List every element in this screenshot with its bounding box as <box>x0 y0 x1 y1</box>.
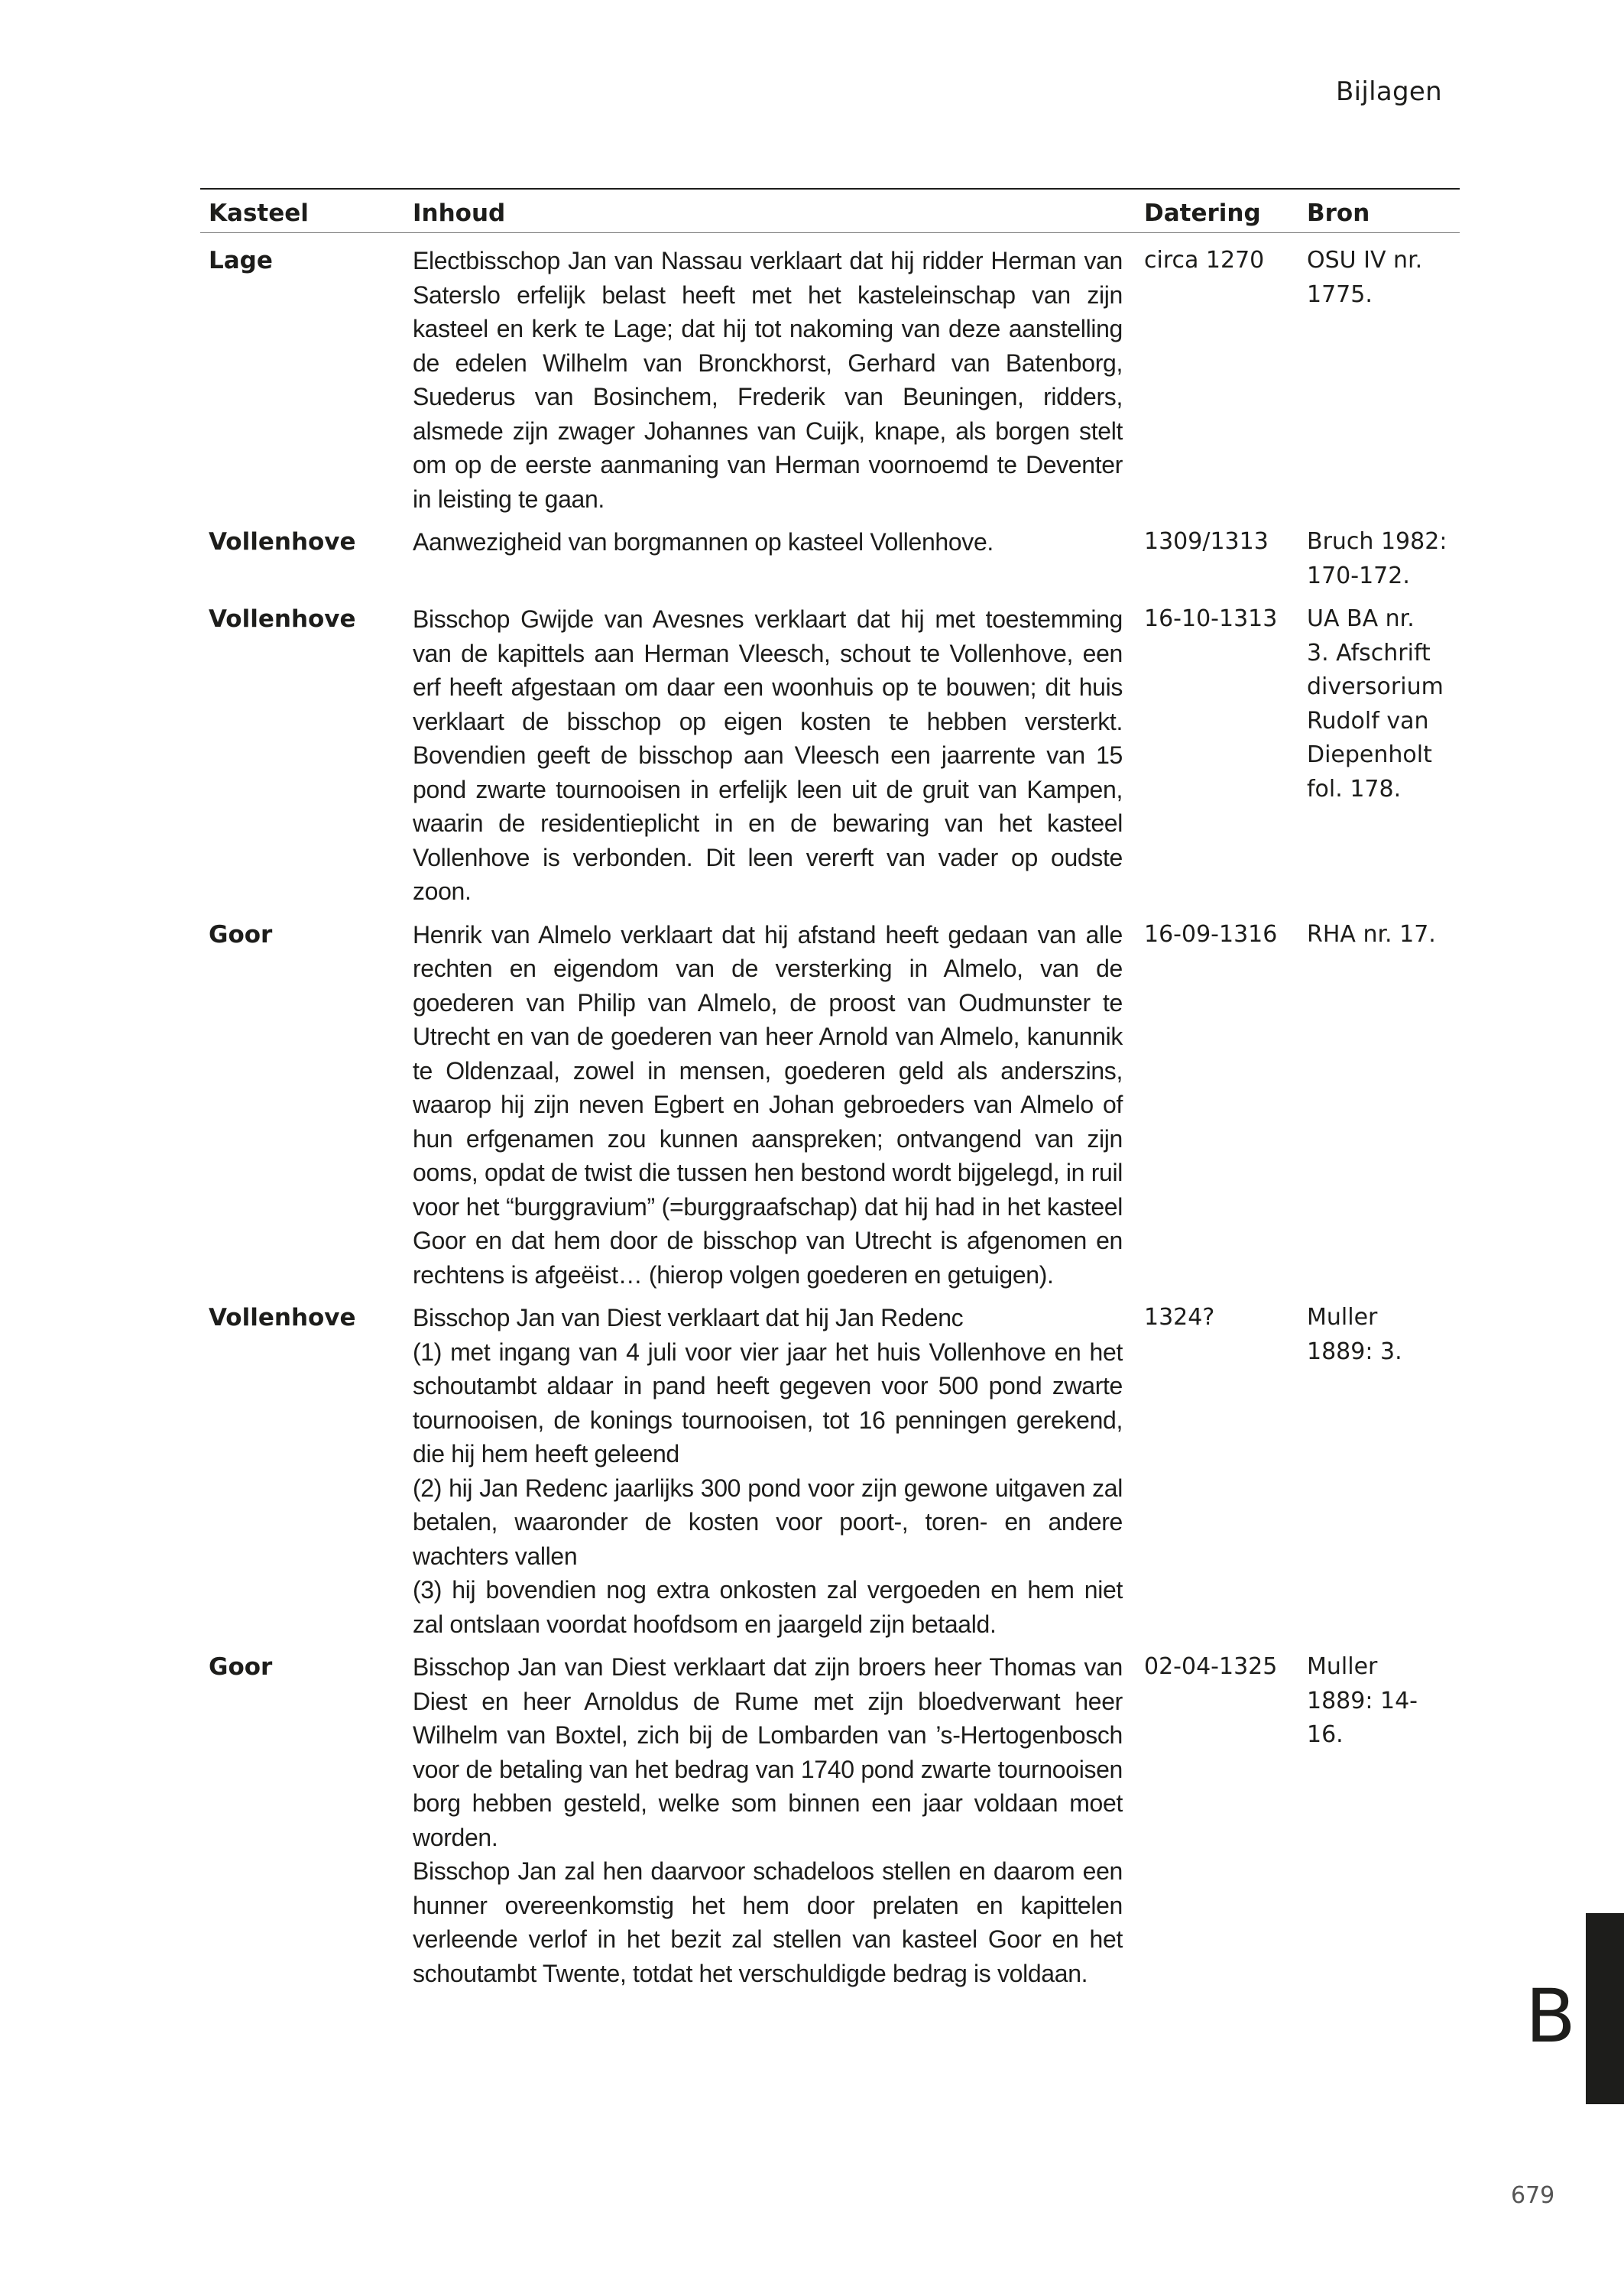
bron-line: 16. <box>1307 1718 1460 1753</box>
bron-line: Muller <box>1307 1301 1460 1335</box>
bron-line: 1775. <box>1307 278 1460 313</box>
inhoud-paragraph: (1) met ingang van 4 juli voor vier jaar… <box>413 1335 1123 1471</box>
cell-datering: 16-10-1313 <box>1144 602 1307 918</box>
table-row: GoorBisschop Jan van Diest verklaart dat… <box>200 1650 1460 1999</box>
bron-line: 3. Afschrift <box>1307 637 1460 671</box>
bron-line: Muller <box>1307 1650 1460 1685</box>
inhoud-paragraph: (3) hij bovendien nog extra onkosten zal… <box>413 1573 1123 1641</box>
cell-datering: circa 1270 <box>1144 233 1307 526</box>
cell-inhoud: Aanwezigheid van borgmannen op kasteel V… <box>413 525 1144 602</box>
cell-kasteel: Goor <box>200 918 413 1302</box>
cell-datering: 1324? <box>1144 1301 1307 1650</box>
chapter-tab-marker <box>1586 1913 1624 2104</box>
inhoud-paragraph: Electbisschop Jan van Nassau verklaart d… <box>413 244 1123 516</box>
table-row: LageElectbisschop Jan van Nassau verklaa… <box>200 233 1460 526</box>
bron-line: 1889: 3. <box>1307 1335 1460 1370</box>
bron-line: Bruch 1982: <box>1307 525 1460 559</box>
cell-datering: 16-09-1316 <box>1144 918 1307 1302</box>
inhoud-paragraph: Bisschop Jan van Diest verklaart dat zij… <box>413 1650 1123 1854</box>
cell-bron: Muller1889: 3. <box>1307 1301 1460 1650</box>
bron-line: Diepenholt <box>1307 738 1460 773</box>
charter-table: Kasteel Inhoud Datering Bron LageElectbi… <box>200 188 1460 1999</box>
cell-inhoud: Henrik van Almelo verklaart dat hij afst… <box>413 918 1144 1302</box>
cell-bron: RHA nr. 17. <box>1307 918 1460 1302</box>
bron-line: 1889: 14- <box>1307 1685 1460 1719</box>
table-row: VollenhoveAanwezigheid van borgmannen op… <box>200 525 1460 602</box>
inhoud-paragraph: Henrik van Almelo verklaart dat hij afst… <box>413 918 1123 1292</box>
bron-line: Rudolf van <box>1307 705 1460 739</box>
column-header-inhoud: Inhoud <box>413 189 1144 233</box>
cell-inhoud: Bisschop Jan van Diest verklaart dat zij… <box>413 1650 1144 1999</box>
inhoud-paragraph: Bisschop Jan van Diest verklaart dat hij… <box>413 1301 1123 1335</box>
table-row: VollenhoveBisschop Jan van Diest verklaa… <box>200 1301 1460 1650</box>
table-header-row: Kasteel Inhoud Datering Bron <box>200 189 1460 233</box>
cell-kasteel: Lage <box>200 233 413 526</box>
bron-line: fol. 178. <box>1307 773 1460 807</box>
cell-inhoud: Electbisschop Jan van Nassau verklaart d… <box>413 233 1144 526</box>
page-number: 679 <box>1511 2182 1554 2209</box>
cell-bron: UA BA nr.3. AfschriftdiversoriumRudolf v… <box>1307 602 1460 918</box>
cell-bron: OSU IV nr.1775. <box>1307 233 1460 526</box>
bron-line: RHA nr. 17. <box>1307 918 1460 952</box>
cell-bron: Bruch 1982:170-172. <box>1307 525 1460 602</box>
inhoud-paragraph: (2) hij Jan Redenc jaarlijks 300 pond vo… <box>413 1471 1123 1574</box>
cell-datering: 02-04-1325 <box>1144 1650 1307 1999</box>
inhoud-paragraph: Aanwezigheid van borgmannen op kasteel V… <box>413 525 1123 559</box>
cell-kasteel: Vollenhove <box>200 1301 413 1650</box>
cell-datering: 1309/1313 <box>1144 525 1307 602</box>
table-body: LageElectbisschop Jan van Nassau verklaa… <box>200 233 1460 2000</box>
inhoud-paragraph: Bisschop Gwijde van Avesnes verklaart da… <box>413 602 1123 909</box>
cell-inhoud: Bisschop Jan van Diest verklaart dat hij… <box>413 1301 1144 1650</box>
bron-line: 170-172. <box>1307 559 1460 594</box>
bron-line: diversorium <box>1307 670 1460 705</box>
bron-line: UA BA nr. <box>1307 602 1460 637</box>
cell-kasteel: Vollenhove <box>200 602 413 918</box>
cell-kasteel: Goor <box>200 1650 413 1999</box>
cell-inhoud: Bisschop Gwijde van Avesnes verklaart da… <box>413 602 1144 918</box>
column-header-kasteel: Kasteel <box>200 189 413 233</box>
cell-bron: Muller1889: 14-16. <box>1307 1650 1460 1999</box>
inhoud-paragraph: Bisschop Jan zal hen daarvoor schadeloos… <box>413 1854 1123 1990</box>
chapter-letter: B <box>1525 1980 1576 2053</box>
column-header-bron: Bron <box>1307 189 1460 233</box>
bron-line: OSU IV nr. <box>1307 244 1460 278</box>
column-header-datering: Datering <box>1144 189 1307 233</box>
table-row: VollenhoveBisschop Gwijde van Avesnes ve… <box>200 602 1460 918</box>
cell-kasteel: Vollenhove <box>200 525 413 602</box>
table-row: GoorHenrik van Almelo verklaart dat hij … <box>200 918 1460 1302</box>
running-head: Bijlagen <box>1336 76 1442 107</box>
